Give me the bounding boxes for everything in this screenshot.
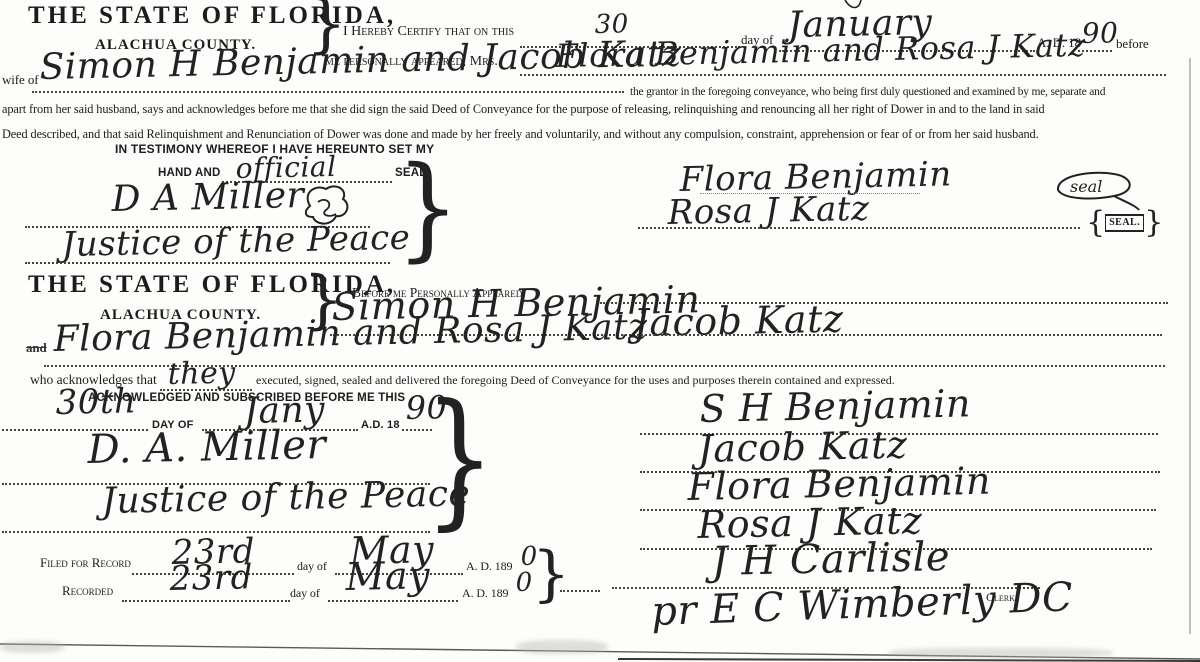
body-line-3: Deed described, and that said Relinquish… (2, 128, 1039, 140)
before-label: before (1116, 37, 1149, 50)
blank-line (560, 590, 600, 592)
deputy-clerk-signature: pr E C Wimberly DC (651, 577, 1074, 632)
recorded-month-handwriting: May (345, 556, 430, 596)
recorded-day-handwriting: 23rd (169, 560, 253, 596)
grantor-signature-1: S H Benjamin (699, 384, 971, 428)
scan-edge-line-dark (618, 659, 1200, 661)
filing-brace: } (532, 544, 570, 604)
recorded-label: Recorded (62, 584, 113, 597)
filed-day-of-label: day of (297, 560, 327, 572)
officer-title-2: Justice of the Peace (101, 476, 470, 520)
svg-text:seal: seal (1070, 177, 1102, 196)
day-entry-2-handwriting: 30th (55, 384, 137, 420)
scan-noise (888, 648, 1113, 658)
scan-noise (516, 640, 608, 654)
wife-signature-2: Rosa J Katz (667, 192, 869, 230)
blank-line (32, 91, 624, 93)
struck-and-word: and (26, 341, 47, 354)
signature-line (638, 227, 1080, 229)
body-line-2: apart from her said husband, says and ac… (2, 103, 1045, 115)
grantor-clause: the grantor in the foregoing conveyance,… (630, 87, 1105, 99)
recorded-year-prefix: A. D. 189 (462, 587, 508, 599)
recorded-year-handwriting: 0 (515, 570, 533, 596)
officer-signature-2: D. A. Miller (87, 425, 326, 470)
they-entry-handwriting: they (167, 359, 236, 390)
section1-testimony-brace: } (396, 152, 460, 264)
filed-year-prefix: A. D. 189 (466, 560, 512, 572)
filed-for-record-label: Filed for Record (40, 556, 131, 569)
seal-stamp-left-brace: } (1086, 208, 1105, 238)
clerk-signature: J H Carlisle (711, 537, 950, 582)
year-entry-handwriting: 90 (1081, 19, 1118, 48)
officer-signature-1: D A Miller (111, 178, 304, 218)
year-prefix-label-2: A.D. 18 (361, 420, 400, 431)
seal-stamp: } SEAL. } (1086, 208, 1163, 238)
officer-title-1: Justice of the Peace (61, 221, 410, 262)
husband-names-handwriting: Simon H Benjamin and Jacob Katz (39, 37, 682, 86)
wife-of-label: wife of (2, 73, 38, 86)
seal-stamp-label: SEAL. (1105, 214, 1144, 232)
blank-line (122, 600, 290, 602)
scan-noise (0, 641, 64, 653)
scanned-deed-document: THE STATE OF FLORIDA, } ALACHUA COUNTY. … (0, 0, 1200, 662)
seal-stamp-right-brace: } (1144, 208, 1163, 238)
recorded-day-of-label: day of (290, 587, 320, 599)
appeared-name-3: Flora Benjamin and Rosa J Katz (53, 310, 648, 358)
blank-line (328, 600, 458, 602)
